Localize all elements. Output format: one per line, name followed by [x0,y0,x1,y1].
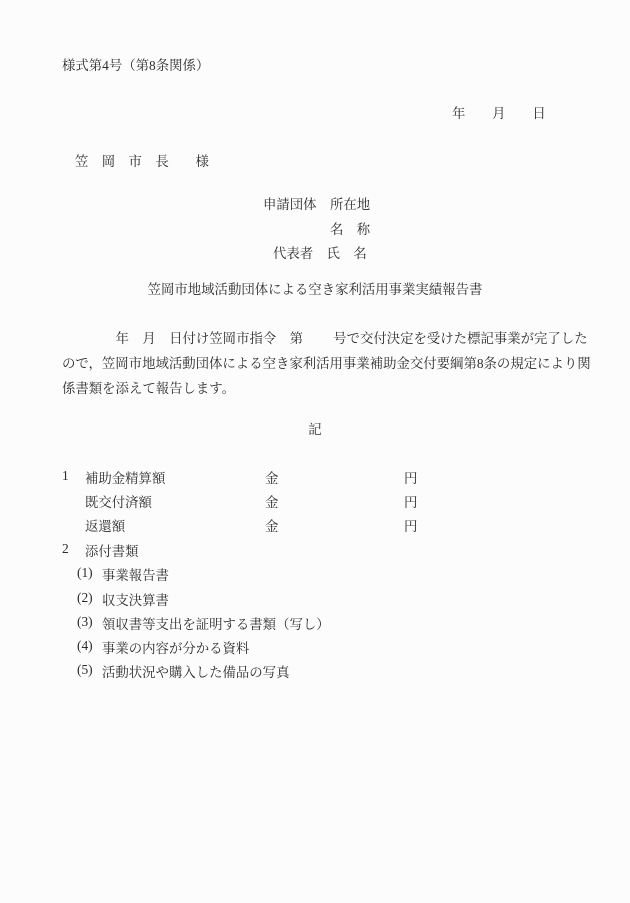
applicant-address-line: 申請団体 所在地 [263,196,370,214]
attachment-item: (5) 活動状況や購入した備品の写真 [0,662,630,682]
section-number: 2 [62,541,69,557]
amount-prefix-yen: 金 [265,516,278,535]
item-label: 事業の内容が分かる資料 [102,638,249,657]
addressee-line: 笠 岡 市 長 様 [75,153,209,171]
body-line-3: 係書類を添えて報告します。 [62,380,235,398]
amount-row-paid: 既交付済額 金 円 [0,492,630,512]
attachment-item: (2) 収支決算書 [0,590,630,610]
section-number: 1 [62,468,69,484]
document-title: 笠岡市地域活動団体による空き家利活用事業実績報告書 [0,281,630,299]
date-line: 年 月 日 [452,105,546,123]
amount-label: 返還額 [85,516,125,535]
amount-label: 既交付済額 [85,492,152,511]
applicant-name-line: 名 称 [330,221,370,239]
representative-name-line: 代表者 氏 名 [273,245,367,263]
amount-suffix-yen: 円 [404,516,417,535]
attachment-item: (1) 事業報告書 [0,565,630,585]
amount-row-settlement: 1 補助金精算額 金 円 [0,468,630,488]
item-number: (5) [77,662,93,678]
item-label: 事業報告書 [102,565,169,584]
amount-row-refund: 返還額 金 円 [0,516,630,536]
form-number: 様式第4号（第8条関係） [62,57,209,75]
item-number: (2) [77,590,93,606]
item-number: (4) [77,638,93,654]
amount-label: 補助金精算額 [85,468,165,487]
item-number: (3) [77,614,93,630]
body-line-1: 年 月 日付け笠岡市指令 第 号で交付決定を受けた標記事業が完了した [62,330,588,348]
attachment-item: (4) 事業の内容が分かる資料 [0,638,630,658]
attachments-title: 添付書類 [85,541,139,560]
item-label: 収支決算書 [102,590,169,609]
ki-marker: 記 [0,421,630,439]
attachments-header: 2 添付書類 [0,541,630,561]
document-page: 様式第4号（第8条関係） 年 月 日 笠 岡 市 長 様 申請団体 所在地 名 … [0,0,630,903]
amount-prefix-yen: 金 [265,468,278,487]
body-line-2: ので，笠岡市地域活動団体による空き家利活用事業補助金交付要綱第8条の規定により関 [62,355,591,373]
item-label: 領収書等支出を証明する書類（写し） [102,614,330,633]
amount-prefix-yen: 金 [265,492,278,511]
item-label: 活動状況や購入した備品の写真 [102,662,289,681]
item-number: (1) [77,565,93,581]
amount-suffix-yen: 円 [404,492,417,511]
amount-suffix-yen: 円 [404,468,417,487]
attachment-item: (3) 領収書等支出を証明する書類（写し） [0,614,630,634]
